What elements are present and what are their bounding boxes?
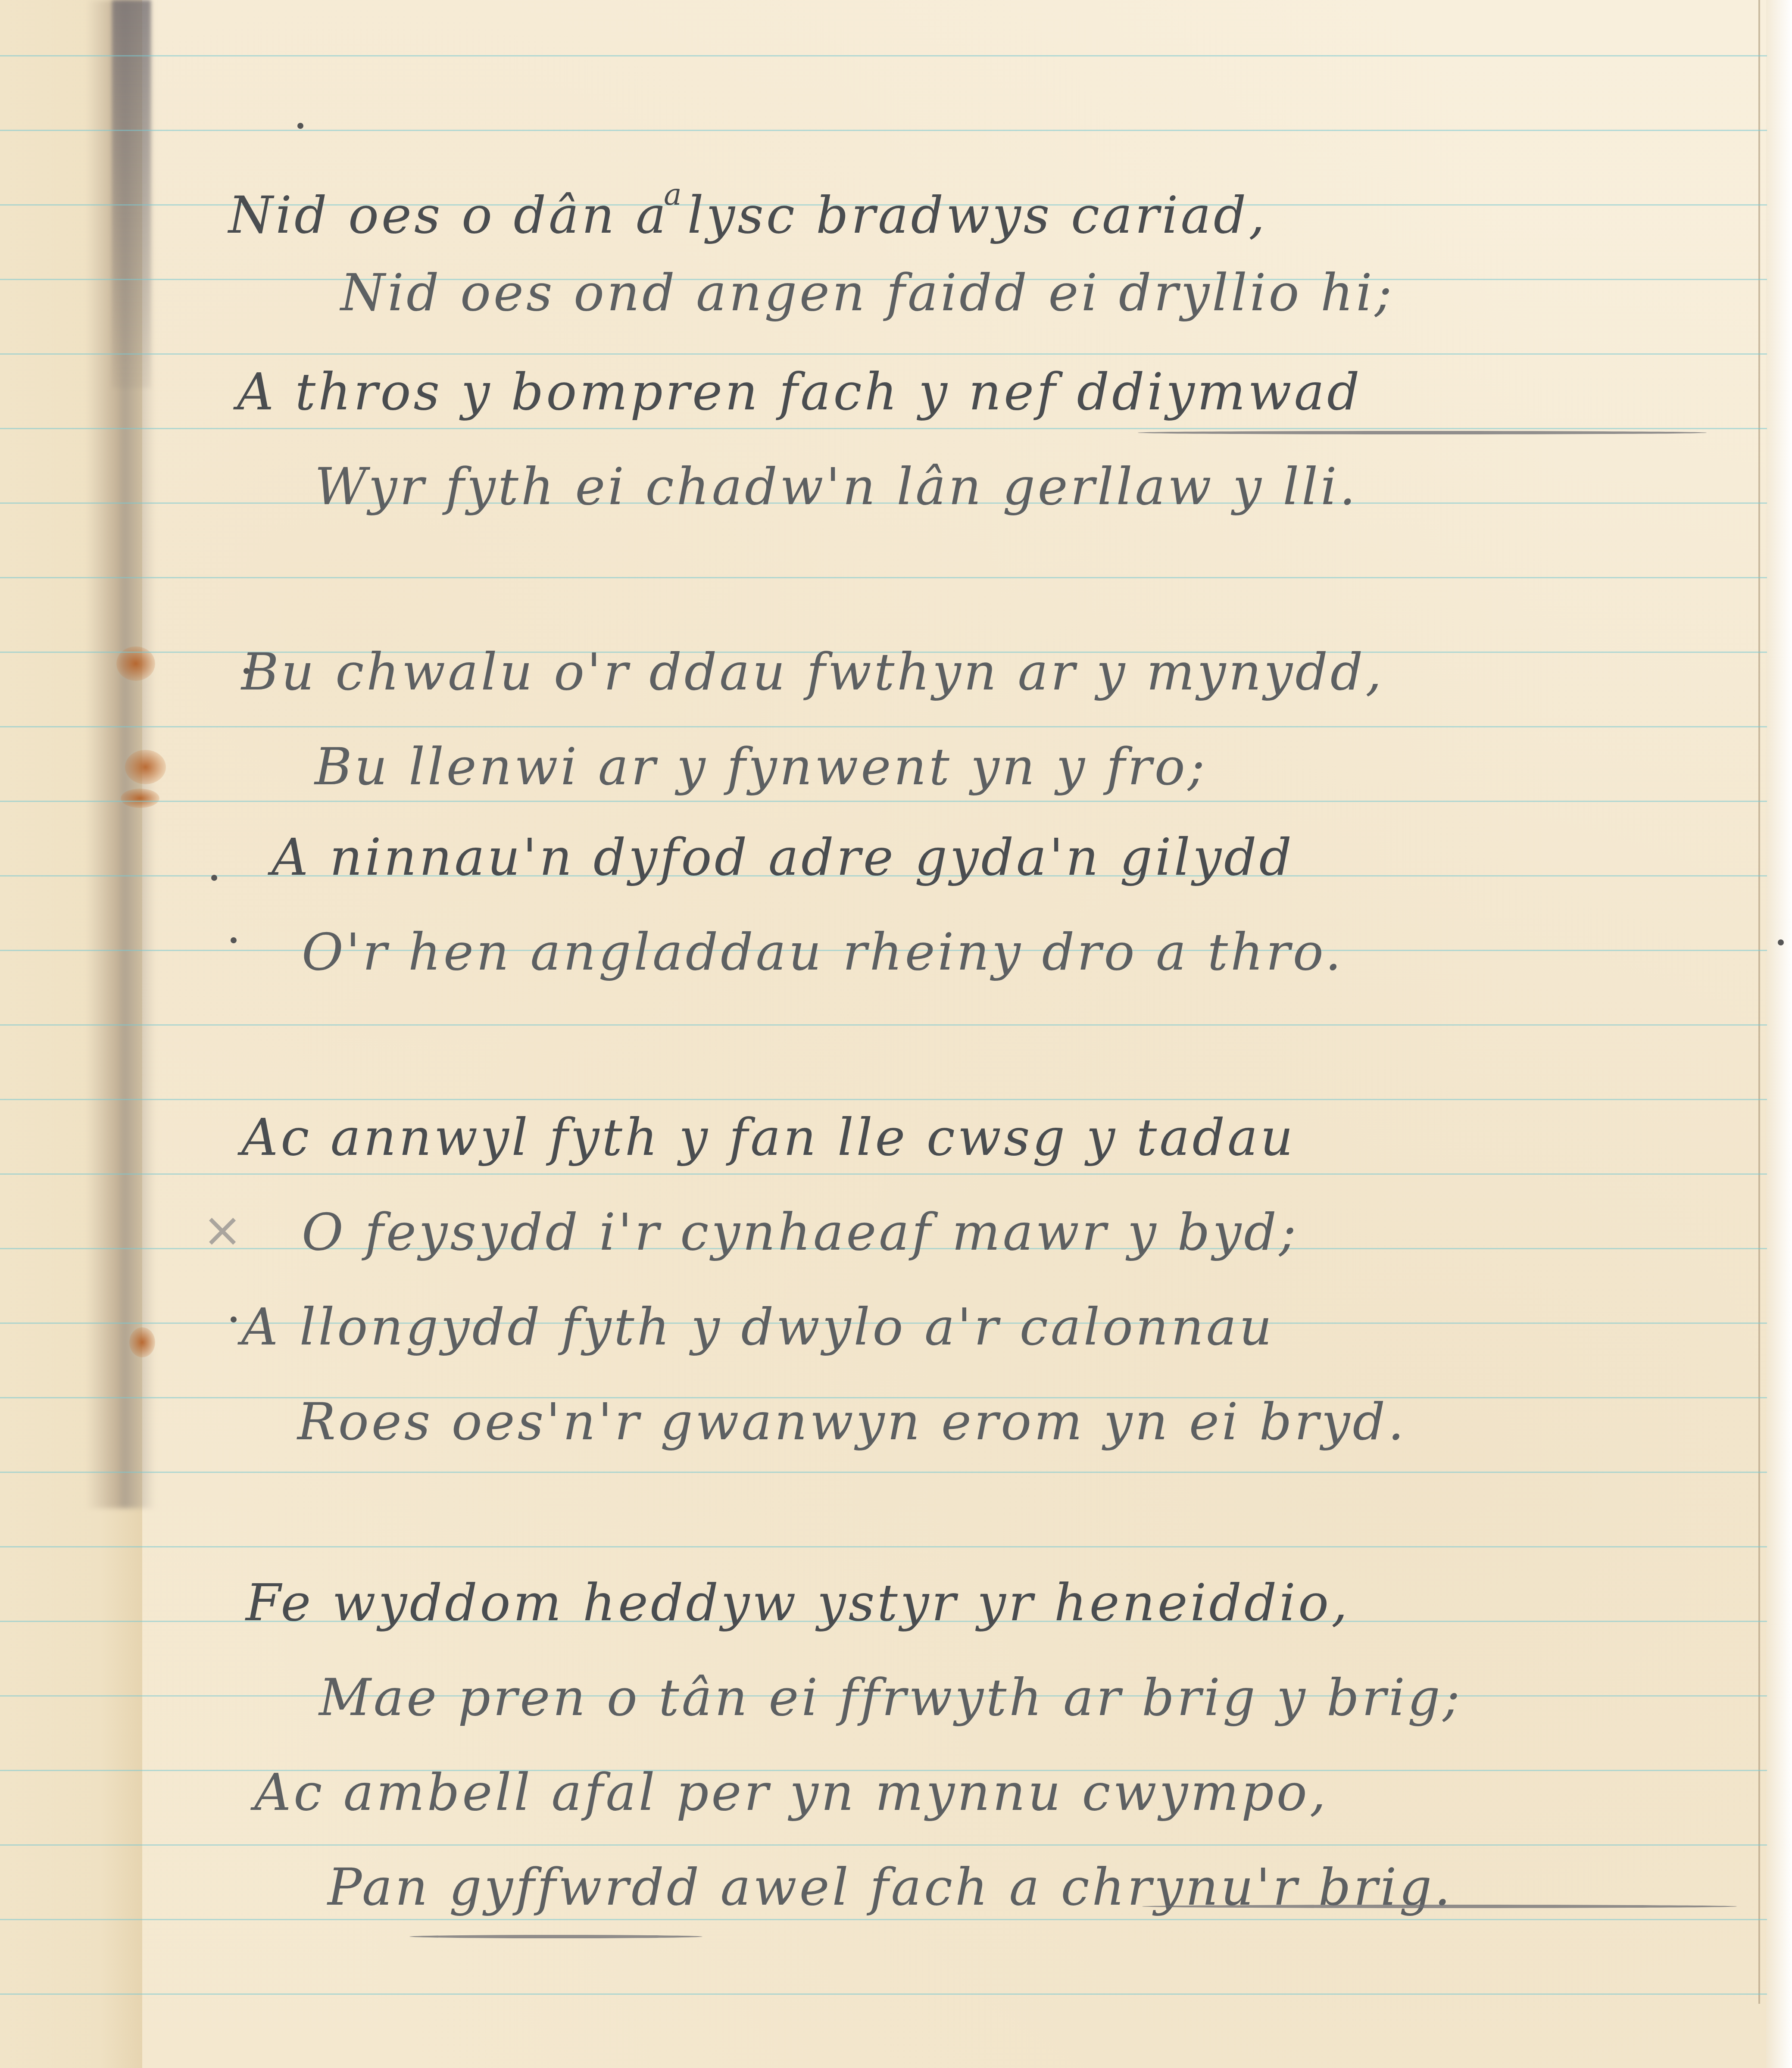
- ink-speck: [244, 668, 250, 674]
- pencil-underline: [409, 1935, 702, 1938]
- margin-x-mark: ×: [203, 1202, 242, 1257]
- poem-line: Ac annwyl fyth y fan lle cwsg y tadau: [241, 1112, 1296, 1163]
- rust-stain: [121, 789, 159, 808]
- ink-speck: [1778, 939, 1784, 945]
- pencil-underline: [1138, 431, 1707, 434]
- poem-line: A llongydd fyth y dwylo a'r calonnau: [241, 1301, 1274, 1352]
- poem-line: A thros y bompren fach y nef ddiymwad: [237, 366, 1362, 417]
- right-page-crease: [1758, 0, 1760, 2004]
- poem-line: Bu chwalu o'r ddau fwthyn ar y mynydd,: [241, 646, 1384, 697]
- poem-line: Ac ambell afal per yn mynnu cwympo,: [254, 1767, 1328, 1818]
- poem-line: Wyr fyth ei chadw'n lân gerllaw y lli.: [315, 461, 1358, 512]
- poem-line: O feysydd i'r cynhaeaf mawr y byd;: [302, 1207, 1299, 1257]
- poem-line: O'r hen angladdau rheiny dro a thro.: [302, 926, 1344, 977]
- poem-line: Mae pren o tân ei ffrwyth ar brig y brig…: [319, 1672, 1462, 1723]
- right-page-edge: [1766, 0, 1792, 2068]
- poem-line: A ninnau'n dyfod adre gyda'n gilydd: [272, 832, 1294, 883]
- insertion-caret: a: [664, 177, 682, 212]
- poem-line: Nid oes ond angen faidd ei dryllio hi;: [340, 267, 1395, 318]
- ink-speck: [211, 875, 217, 881]
- ink-speck: [297, 123, 303, 129]
- pencil-underline: [1142, 1905, 1737, 1908]
- rust-stain: [125, 750, 166, 784]
- ink-speck: [231, 937, 237, 943]
- rust-stain: [129, 1327, 155, 1357]
- poem-line: Nid oes o dân a lysc bradwys cariad,: [228, 190, 1268, 240]
- poem-line: Roes oes'n'r gwanwyn erom yn ei bryd.: [297, 1396, 1407, 1447]
- poem-line: Bu llenwi ar y fynwent yn y fro;: [315, 741, 1208, 792]
- page-fold-shadow: [112, 0, 151, 388]
- ink-speck: [231, 1316, 237, 1323]
- poem-line: Fe wyddom heddyw ystyr yr heneiddio,: [246, 1577, 1350, 1628]
